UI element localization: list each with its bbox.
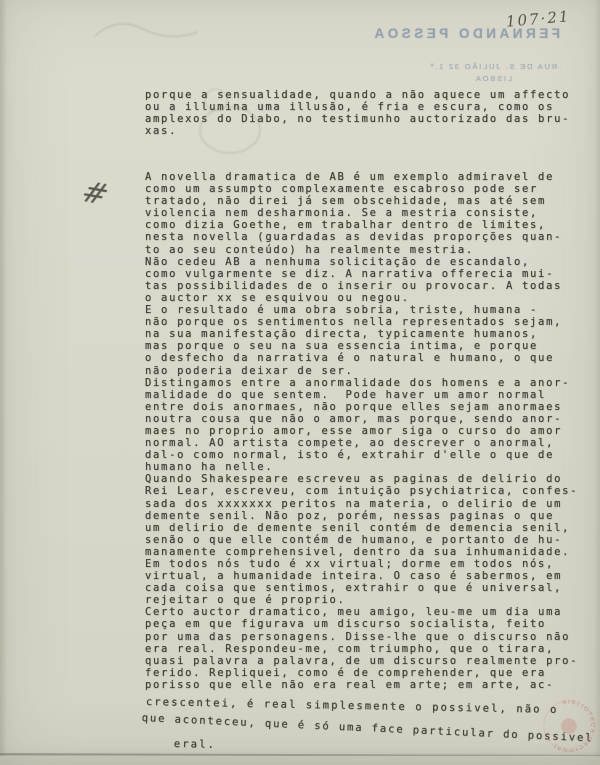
- typed-line: por uma das personagens. Disse-lhe que o…: [145, 631, 578, 643]
- library-round-stamp: BIBLIOTECA NACIONAL •: [533, 690, 600, 762]
- typed-line: quasi palavra a palavra, de um discurso …: [145, 655, 578, 667]
- stamp-address-line2: LISBOA: [414, 73, 572, 85]
- typed-line: senão o que elle contém de humano, e por…: [145, 534, 578, 546]
- typed-line: como dizia Goethe, em trabalhar dentro d…: [145, 219, 578, 231]
- typed-line: sada dos xxxxxxx peritos na materia, o d…: [145, 498, 578, 510]
- typed-line: Quando Shakespeare escreveu as paginas d…: [145, 473, 578, 485]
- typed-line: amplexos do Diabo, no testimunho auctori…: [145, 113, 570, 125]
- typed-line: Não cedeu AB a nenhuma solicitação de es…: [145, 256, 578, 268]
- stamp-address-line1: RUA DE S. JULIÃO 32 1.º: [414, 61, 572, 73]
- typed-line: dal-o como normal, isto é, extrahir d'el…: [145, 449, 578, 461]
- typed-line: tratado, não direi já sem obscehidade, m…: [145, 195, 578, 207]
- typed-line: como um assumpto complexamente escabroso…: [145, 183, 578, 195]
- typed-line: manamente comprehensivel, dentro da sua …: [145, 546, 578, 558]
- typed-line: to ao seu conteúdo) ha realmente mestria…: [145, 244, 578, 256]
- pencil-hash-mark: #: [76, 175, 114, 211]
- typed-line: Em todos nós tudo é xx virtual; dorme em…: [145, 558, 578, 570]
- typed-paragraph-1: porque a sensualidade, quando a não aque…: [145, 89, 570, 137]
- typed-line: nesta novella (guardadas as devidas prop…: [145, 231, 578, 243]
- typed-line: entre dois anormaes, não porque elles se…: [145, 401, 578, 413]
- typed-line: ferido. Repliquei, como é de comprehende…: [145, 667, 578, 679]
- typed-line: violencia nem desharmonia. Se a mestria …: [145, 207, 578, 219]
- typed-line: A novella dramatica de AB é um exemplo a…: [145, 171, 578, 183]
- typed-line: demente senil. Não poz, porém, nessas pa…: [145, 510, 578, 522]
- typed-line: Certo auctor dramatico, meu amigo, leu-m…: [145, 606, 578, 618]
- typed-line-skewed-3: eral.: [174, 738, 216, 751]
- paper-edge-strip: [0, 756, 600, 765]
- typed-line: tas possibilidades de o inserir ou provo…: [145, 280, 578, 292]
- typed-line: rejeitar o que é proprio.: [145, 594, 578, 606]
- typed-line: porisso que elle não era real em arte; e…: [145, 679, 578, 691]
- typed-line: um delirio de demente senil contém de de…: [145, 522, 578, 534]
- scanned-typescript-page: 107·21 FERNANDO PESSOA RUA DE S. JULIÃO …: [0, 0, 600, 765]
- typed-line: xas.: [145, 125, 570, 137]
- typed-line: na sua manifestação directa, typicamente…: [145, 328, 578, 340]
- fernando-pessoa-stamp-mirrored: FERNANDO PESSOA: [371, 26, 560, 41]
- typed-line: ou a illumina uma illusão, é fria e escu…: [145, 101, 570, 113]
- typed-line: era real. Respondeu-me, com triumpho, qu…: [145, 643, 578, 655]
- typed-line: humano ha nelle.: [145, 461, 578, 473]
- typed-line: noutra cousa que não o amor, mas porque,…: [145, 413, 578, 425]
- stamp-address-mirrored: RUA DE S. JULIÃO 32 1.º LISBOA: [414, 61, 572, 85]
- typed-line: mas porque o seu na sua essencia intima,…: [145, 340, 578, 352]
- typed-paragraph-2: A novella dramatica de AB é um exemplo a…: [145, 171, 578, 691]
- typed-line: como vulgarmente se diz. A narrativa off…: [145, 268, 578, 280]
- typed-line: porque a sensualidade, quando a não aque…: [145, 89, 570, 101]
- typed-line: Rei Lear, escreveu, com intuição psychia…: [145, 485, 578, 497]
- typed-line: normal. AO artista compete, ao descrever…: [145, 437, 578, 449]
- typed-line: Distingamos entre a anormalidade dos hom…: [145, 377, 578, 389]
- typed-line: malidade do que sentem. Pode haver um am…: [145, 389, 578, 401]
- typed-line: não porque os sentimentos nella represen…: [145, 316, 578, 328]
- typed-line: E o resultado é uma obra sobria, triste,…: [145, 304, 578, 316]
- typed-line: não poderia deixar de ser.: [145, 365, 578, 377]
- typed-line: virtual, a humanidade inteira. O caso é …: [145, 570, 578, 582]
- typed-line: maes no proprio amor, esse amor siga o c…: [145, 425, 578, 437]
- typed-line: cada coisa que sentimos, extrahir o que …: [145, 582, 578, 594]
- typed-line-skewed-1: crescentei, é real simplesmente o possiv…: [146, 696, 559, 716]
- typed-line: peça em que figurava um discurso sociali…: [145, 618, 578, 630]
- typed-line: o auctor xx se esquivou ou negou.: [145, 292, 578, 304]
- typed-line: o desfecho da narrativa é o natural e hu…: [145, 352, 578, 364]
